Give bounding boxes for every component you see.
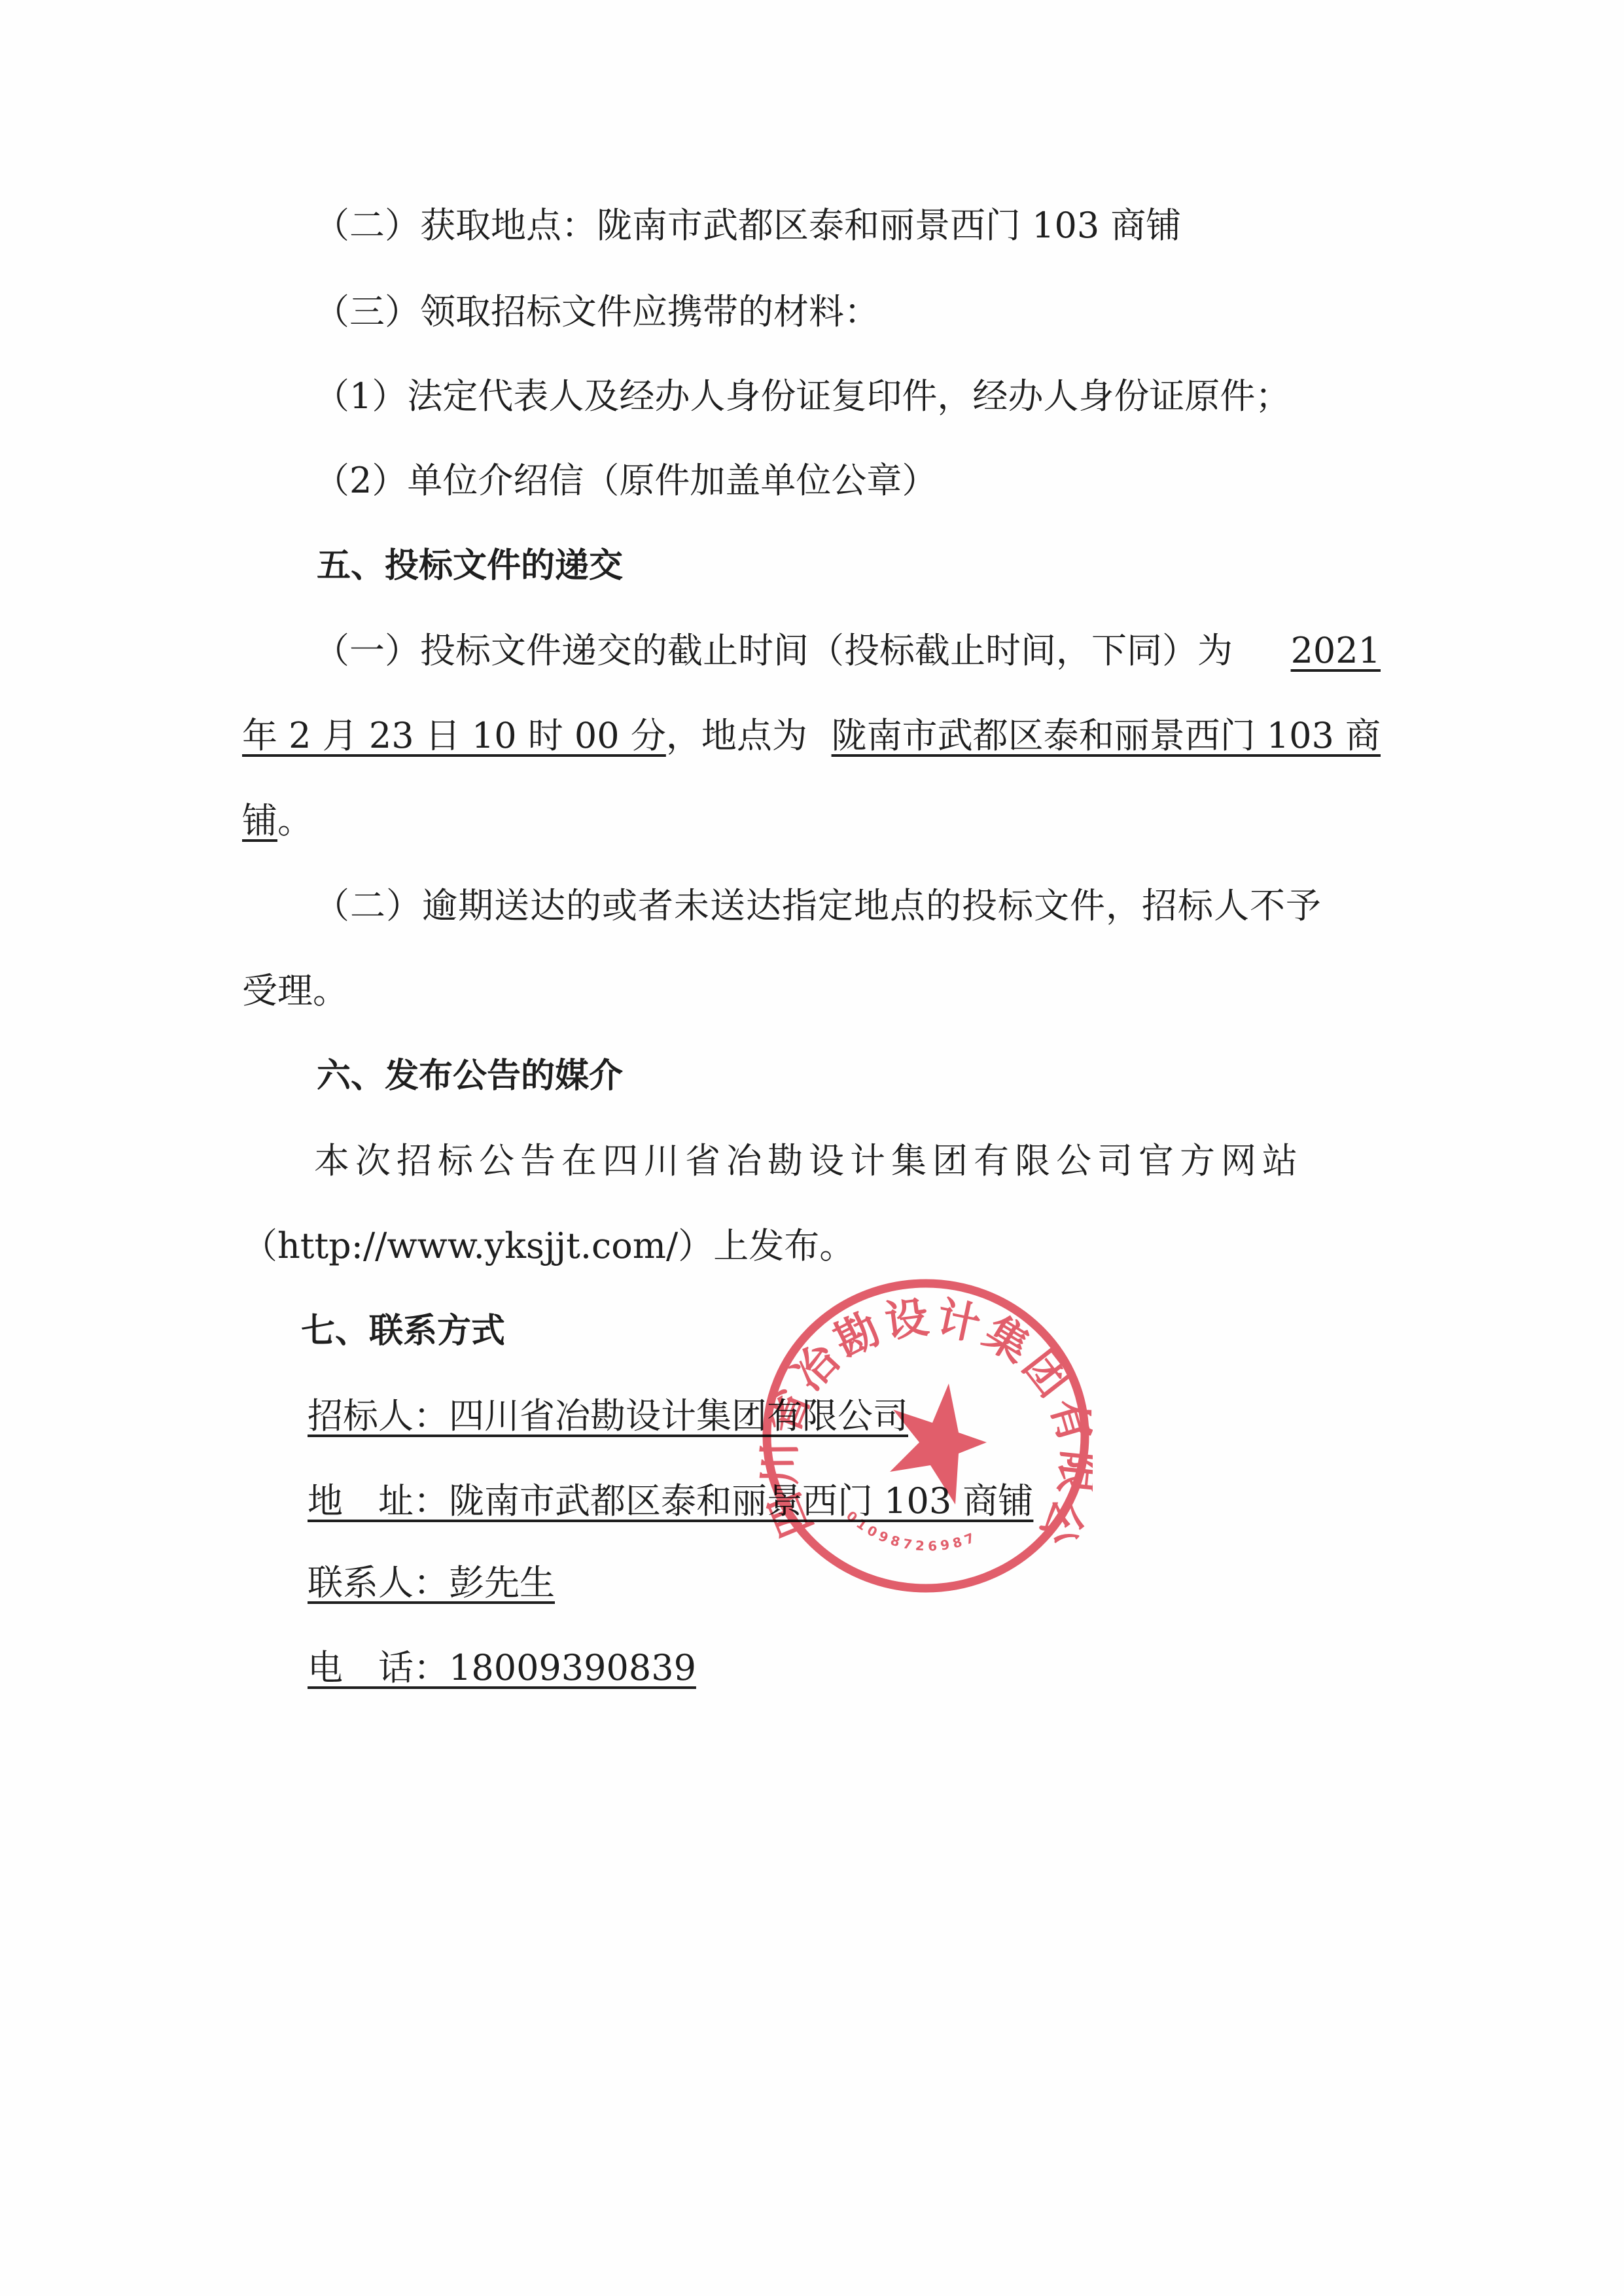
deadline-paragraph-line-1: （一）投标文件递交的截止时间（投标截止时间，下同）为 2021 [314,625,1381,677]
address-value: 地 址：陇南市武都区泰和丽景西门 103 商铺 [308,1480,1033,1522]
phone-value: 电 话：18009390839 [308,1647,696,1688]
late-submission-line-1: （二）逾期送达的或者未送达指定地点的投标文件，招标人不予 [314,880,1381,932]
deadline-date-group: 年 2 月 23 日 10 时 00 分，地点为 [242,710,807,762]
deadline-datetime: 年 2 月 23 日 10 时 00 分 [242,715,666,756]
deadline-year: 2021 [1291,625,1381,677]
contact-person-value: 联系人：彭先生 [308,1562,555,1603]
deadline-paragraph-line-2: 年 2 月 23 日 10 时 00 分，地点为 陇南市武都区泰和丽景西门 10… [242,710,1381,762]
tenderer-value: 招标人：四川省冶勘设计集团有限公司 [308,1395,908,1436]
material-item-2: （2）单位介绍信（原件加盖单位公章） [314,455,1453,507]
section-heading-publication-media: 六、发布公告的媒介 [317,1050,1455,1102]
contact-address: 地 址：陇南市武都区泰和丽景西门 103 商铺 [308,1475,1446,1527]
contact-phone: 电 话：18009390839 [308,1642,1446,1694]
contact-tenderer: 招标人：四川省冶勘设计集团有限公司 [308,1390,1446,1442]
deadline-prefix: （一）投标文件递交的截止时间（投标截止时间，下同）为 [314,625,1233,677]
deadline-location-end: 铺 [242,800,277,841]
deadline-location-label: ，地点为 [666,715,807,756]
document-page: （二）获取地点：陇南市武都区泰和丽景西门 103 商铺 （三）领取招标文件应携带… [0,0,1624,2296]
section-heading-contact: 七、联系方式 [301,1305,1439,1357]
publication-line-1: 本次招标公告在四川省冶勘设计集团有限公司官方网站 [314,1135,1453,1187]
publication-line-2: （http://www.yksjjt.com/）上发布。 [242,1220,1381,1272]
late-submission-line-2: 受理。 [242,965,1381,1017]
required-materials-label: （三）领取招标文件应携带的材料： [314,286,1453,338]
deadline-paragraph-line-3: 铺。 [242,795,1381,847]
deadline-location: 陇南市武都区泰和丽景西门 103 商 [832,710,1381,762]
period: 。 [277,800,313,841]
acquisition-location: （二）获取地点：陇南市武都区泰和丽景西门 103 商铺 [314,200,1453,252]
section-heading-bid-submission: 五、投标文件的递交 [317,540,1455,592]
contact-person: 联系人：彭先生 [308,1557,1446,1609]
material-item-1: （1）法定代表人及经办人身份证复印件，经办人身份证原件； [314,370,1453,423]
